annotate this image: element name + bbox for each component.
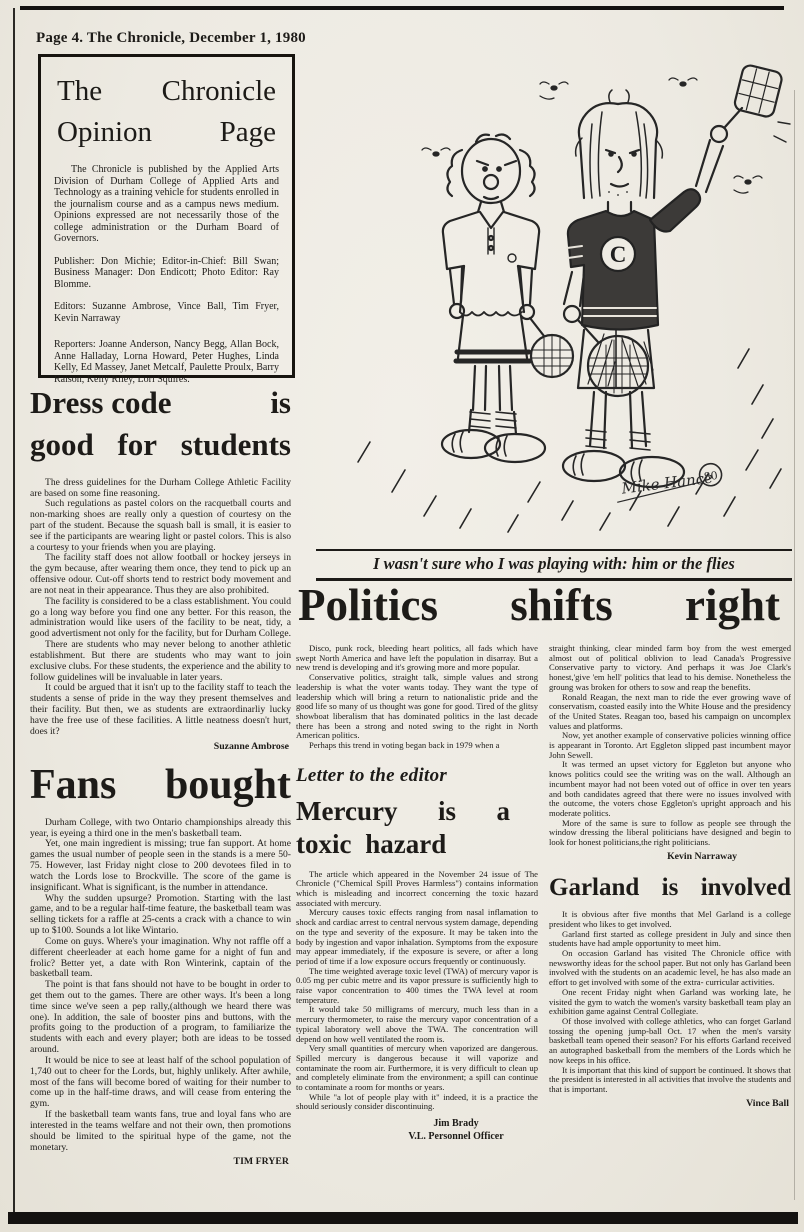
paragraph: Why the sudden upsurge? Promotion. Start… <box>30 894 291 937</box>
masthead-box: The Chronicle Opinion Page The Chronicle… <box>38 54 295 378</box>
signature-year: 80 <box>703 469 718 484</box>
newspaper-page: Page 4. The Chronicle, December 1, 1980 … <box>0 0 804 1232</box>
headline-word: Politics <box>298 582 438 629</box>
dress-code-headline: Dress code is good for students <box>30 382 291 466</box>
paragraph: The facility staff does not allow footba… <box>30 553 291 596</box>
paragraph: Now, yet another example of conservative… <box>549 731 791 760</box>
editorial-cartoon: C Mike Hance 80 <box>300 58 792 546</box>
headline-word: Dress code <box>30 382 171 424</box>
cartoonist-signature: Mike Hance 80 <box>614 462 723 502</box>
masthead-reporters: Reporters: Joanne Anderson, Nancy Begg, … <box>54 339 279 385</box>
masthead-title: The Chronicle Opinion Page <box>54 71 279 152</box>
scan-edge-top <box>20 6 784 10</box>
paragraph: straight thinking, clear minded farm boy… <box>549 644 791 693</box>
fans-bought-headline: Fans bought <box>30 762 291 808</box>
byline-kevin-narraway: Kevin Narraway <box>549 851 789 862</box>
paragraph: It is obvious after five months that Mel… <box>549 910 791 929</box>
paragraph: More of the same is sure to follow as pe… <box>549 819 791 848</box>
masthead-title-word: Chronicle <box>162 71 276 112</box>
headline-word: for <box>117 424 157 466</box>
headline-line: toxic hazard <box>296 829 446 859</box>
headline-word: a <box>497 795 511 828</box>
right-column: straight thinking, clear minded farm boy… <box>549 644 791 1115</box>
paragraph: The time weighted average toxic level (T… <box>296 967 538 1006</box>
headline-word: Fans <box>30 762 116 808</box>
paragraph: The point is that fans should not have t… <box>30 980 291 1056</box>
letter-section-heading: Letter to the editor <box>296 765 538 787</box>
mercury-headline: Mercury is a toxic hazard <box>296 795 538 861</box>
paragraph: On occasion Garland has visited The Chro… <box>549 949 791 988</box>
mercury-letter-body: The article which appeared in the Novemb… <box>296 870 538 1113</box>
paragraph: It would be nice to see at least half of… <box>30 1056 291 1110</box>
cartoon-tall-player <box>563 64 790 487</box>
cartoon-short-man <box>442 135 573 462</box>
headline-word: involved <box>701 874 791 902</box>
headline-word: shifts <box>510 582 613 629</box>
dress-code-article: The dress guidelines for the Durham Coll… <box>30 478 291 738</box>
politics-headline: Politics shifts right <box>298 582 780 629</box>
paragraph: Perhaps this trend in voting began back … <box>296 741 538 751</box>
paragraph: One recent Friday night when Garland was… <box>549 988 791 1017</box>
byline-title: V.L. Personnel Officer <box>374 1130 538 1143</box>
byline-tim-fryer: TIM FRYER <box>30 1156 289 1167</box>
left-column: Dress code is good for students The dres… <box>30 382 291 1173</box>
scan-edge-left <box>13 8 15 1216</box>
paragraph: There are students who may never belong … <box>30 640 291 683</box>
paragraph: Ronald Reagan, the next man to ride the … <box>549 693 791 732</box>
headline-word: right <box>685 582 780 629</box>
paragraph: Such regulations as pastel colors on the… <box>30 499 291 553</box>
floor-hatching <box>358 349 781 532</box>
paragraph: Durham College, with two Ontario champio… <box>30 818 291 840</box>
headline-word: is <box>438 795 456 828</box>
paragraph: It is important that this kind of suppor… <box>549 1066 791 1095</box>
masthead-title-word: Page <box>220 112 276 153</box>
paragraph: Disco, punk rock, bleeding heart politic… <box>296 644 538 673</box>
masthead-about: The Chronicle is published by the Applie… <box>54 164 279 245</box>
byline-suzanne-ambrose: Suzanne Ambrose <box>30 741 289 752</box>
byline-jim-brady: Jim Brady V.L. Personnel Officer <box>296 1117 538 1143</box>
middle-column: Disco, punk rock, bleeding heart politic… <box>296 644 538 1143</box>
paragraph: It was termed an upset victory for Eggle… <box>549 760 791 818</box>
jersey-letter: C <box>610 242 627 267</box>
headline-word: bought <box>165 762 291 808</box>
headline-word: Garland <box>549 874 639 902</box>
masthead-editors: Editors: Suzanne Ambrose, Vince Ball, Ti… <box>54 301 279 324</box>
headline-word: is <box>662 874 679 902</box>
paragraph: The facility is considered to be a class… <box>30 597 291 640</box>
paragraph: The article which appeared in the Novemb… <box>296 870 538 909</box>
garland-article: It is obvious after five months that Mel… <box>549 910 791 1094</box>
paragraph: It would take 50 milligrams of mercury, … <box>296 1005 538 1044</box>
paragraph: Very small quantities of mercury when va… <box>296 1044 538 1093</box>
paragraph: If the basketball team wants fans, true … <box>30 1110 291 1153</box>
paragraph: Yet, one main ingredient is missing; tru… <box>30 839 291 893</box>
politics-article-col2: straight thinking, clear minded farm boy… <box>549 644 791 848</box>
byline-vince-ball: Vince Ball <box>549 1098 789 1109</box>
headline-word: is <box>270 382 291 424</box>
masthead-title-word: Opinion <box>57 112 152 153</box>
politics-article-col1: Disco, punk rock, bleeding heart politic… <box>296 644 538 751</box>
headline-word: good <box>30 424 94 466</box>
garland-headline: Garland is involved <box>549 874 791 902</box>
scan-edge-right <box>794 90 795 1200</box>
paragraph: Garland first started as college preside… <box>549 930 791 949</box>
cartoon-caption: I wasn't sure who I was playing with: hi… <box>316 549 792 581</box>
paragraph: It could be argued that it isn't up to t… <box>30 683 291 737</box>
paragraph: While "a lot of people play with it" ind… <box>296 1093 538 1112</box>
fans-bought-article: Durham College, with two Ontario champio… <box>30 818 291 1154</box>
paragraph: Of those involved with college athletics… <box>549 1017 791 1066</box>
masthead-title-word: The <box>57 71 102 112</box>
byline-name: Jim Brady <box>374 1117 538 1130</box>
scan-edge-bottom <box>8 1212 798 1224</box>
paragraph: Mercury causes toxic effects ranging fro… <box>296 908 538 966</box>
paragraph: The dress guidelines for the Durham Coll… <box>30 478 291 500</box>
paragraph: Conservative politics, straight talk, si… <box>296 673 538 741</box>
headline-word: students <box>181 424 291 466</box>
masthead-staff: Publisher: Don Michie; Editor-in-Chief: … <box>54 256 279 291</box>
paragraph: Come on guys. Where's your imagination. … <box>30 937 291 980</box>
page-header: Page 4. The Chronicle, December 1, 1980 <box>36 30 306 47</box>
headline-word: Mercury <box>296 795 397 828</box>
